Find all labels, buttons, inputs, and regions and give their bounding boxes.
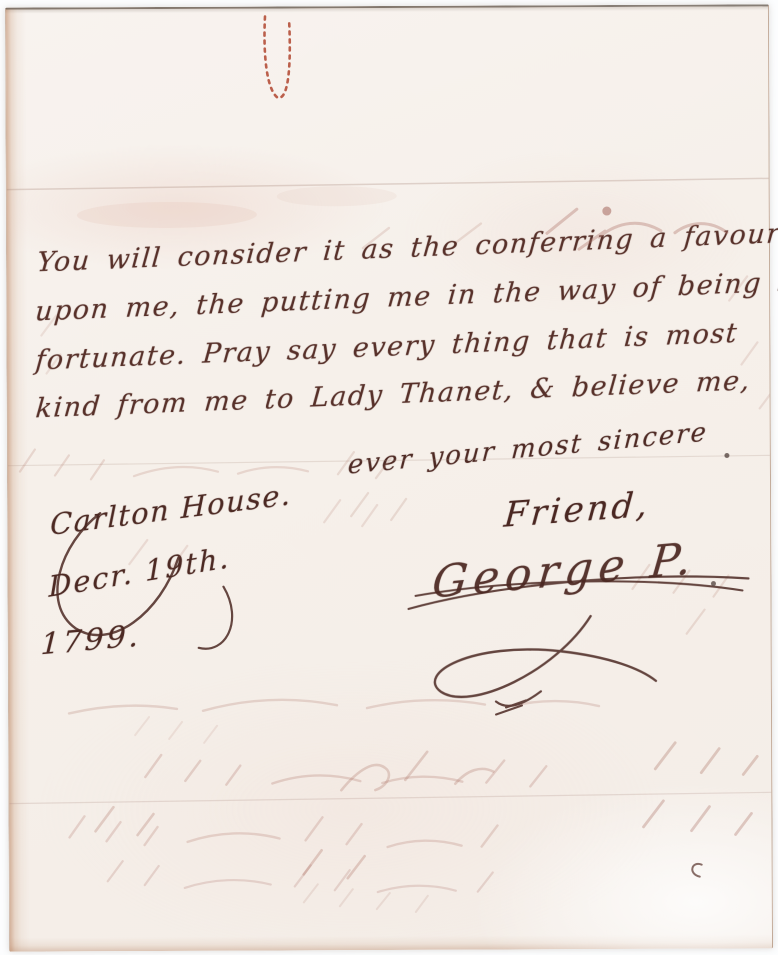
letter-closing-line-1: ever your most sincere: [347, 417, 709, 480]
letter-closing-line-2: Friend,: [502, 484, 651, 535]
letter-body-line-4: kind from me to Lady Thanet, & believe m…: [34, 365, 752, 424]
year-line: 1799.: [40, 618, 142, 663]
scan-background: { "letter": { "body_lines": [ "You will …: [0, 0, 778, 955]
letter-body-line-2: upon me, the putting me in the way of be…: [34, 266, 778, 328]
place-line: Carlton House.: [50, 477, 292, 542]
ink-blot-mark: [692, 864, 701, 877]
letter-body-line-1: You will consider it as the conferring a…: [36, 218, 778, 278]
letter-paper: You will consider it as the conferring a…: [5, 4, 773, 951]
binding-stitch-mark: [264, 16, 290, 97]
date-line: Decr. 19th.: [48, 540, 231, 604]
ink-flourishes-overlay: [6, 6, 772, 951]
letter-body-line-3: fortunate. Pray say every thing that is …: [34, 318, 739, 377]
signature: George P.: [430, 533, 700, 609]
